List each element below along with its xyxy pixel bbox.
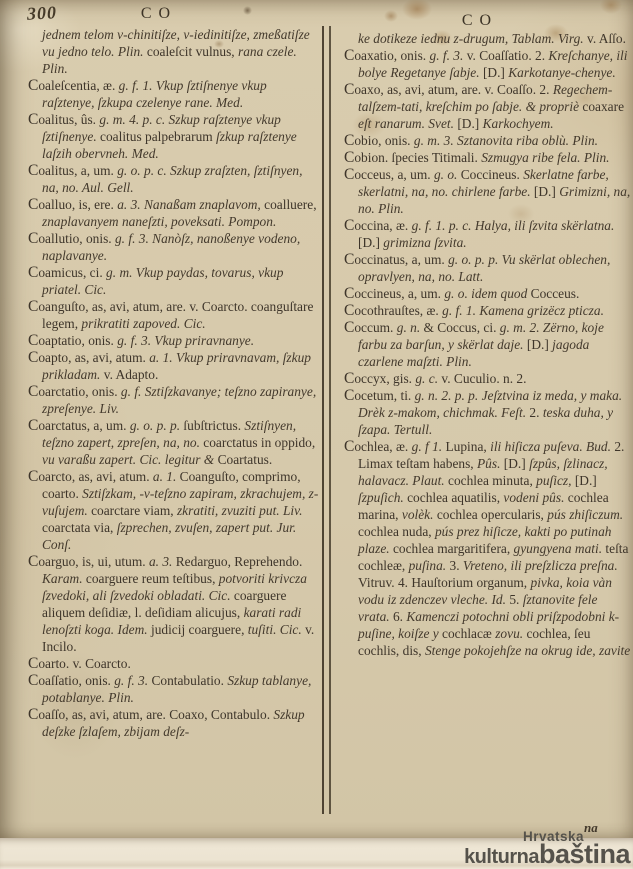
latin-roman-text: v. Coaſſatio. 2. <box>467 48 549 63</box>
dictionary-entry: Coarctatio, onis. g. f. Sztiſzkavanye; t… <box>28 383 320 417</box>
dictionary-entry: Coccinatus, a, um. g. o. p. p. Vu skërla… <box>344 251 631 285</box>
latin-roman-text: Cobion. ſpecies Titimali. <box>344 150 481 165</box>
latin-roman-text: Cocothrauſtes, æ. <box>344 303 442 318</box>
column-left: jednem telom v-chinitiſze, v-iedinitiſze… <box>28 26 320 818</box>
dictionary-entry: Coalluo, is, ere. a. 3. Nanaßam znaplavo… <box>28 196 320 230</box>
dictionary-entry: Coaleſcentia, æ. g. f. 1. Vkup ſztiſneny… <box>28 77 320 111</box>
latin-roman-text: Cocceus. <box>531 286 580 301</box>
latin-roman-text: Vitruv. 4. Hauſtorium organum, <box>358 575 531 590</box>
gloss-italic-text: volèk. <box>402 507 437 522</box>
gloss-italic-text: g. f. 1. Kamena grizëcz pticza. <box>442 303 604 318</box>
latin-roman-text: cochlacæ <box>442 626 495 641</box>
latin-roman-text: & Coccus, ci. <box>424 320 500 335</box>
gloss-italic-text: Karkochyem. <box>483 116 554 131</box>
gloss-italic-text: g. m. 3. Sztanovita riba oblù. Plin. <box>414 133 598 148</box>
gloss-italic-text: a. 1. <box>153 469 180 484</box>
latin-roman-text: Lupina, <box>445 439 490 454</box>
gloss-italic-text: Vreteno, ili preſzlicza preſna. <box>463 558 618 573</box>
latin-roman-text: 6. <box>393 609 406 624</box>
dictionary-entry: Cocceus, a, um. g. o. Coccineus. Skerlat… <box>344 166 631 217</box>
gloss-italic-text: tuſiti. Cic. <box>248 622 305 637</box>
column-divider-rule <box>322 26 331 814</box>
latin-roman-text: coalluere, <box>264 197 316 212</box>
gloss-italic-text: a. 3. <box>149 554 176 569</box>
latin-roman-text: Coallutio, onis. <box>28 231 115 246</box>
dictionary-entry: Coaſſo, as, avi, atum, are. Coaxo, Conta… <box>28 706 320 740</box>
gloss-italic-text: ke dotikeze iednu z-drugum, Tablam. Virg… <box>358 31 587 46</box>
entry-continuation: jednem telom v-chinitiſze, v-iedinitiſze… <box>28 26 320 77</box>
gloss-italic-text: eſt ranarum. Svet. <box>358 116 457 131</box>
gloss-italic-text: puſicz, <box>536 473 575 488</box>
latin-roman-text: cochlea minuta, <box>448 473 536 488</box>
gloss-italic-text: ſzpuſich. <box>358 490 407 505</box>
dictionary-entry: Coaptatio, onis. g. f. 3. Vkup priravnan… <box>28 332 320 349</box>
latin-roman-text: [D.] <box>575 473 597 488</box>
dictionary-entry: Coaxo, as, avi, atum, are. v. Coaſſo. 2.… <box>344 81 631 132</box>
book-page: 300 CO CO jednem telom v-chinitiſze, v-i… <box>0 0 633 838</box>
dictionary-entry: Coanguſto, as, avi, atum, are. v. Coarct… <box>28 298 320 332</box>
gloss-italic-text: g. c. <box>415 371 441 386</box>
latin-roman-text: Coarctatus, a, um. <box>28 418 130 433</box>
latin-roman-text: Coalitus, a, um. <box>28 163 117 178</box>
latin-roman-text: coarctata via, <box>42 520 117 535</box>
gloss-italic-text: puſina. <box>409 558 450 573</box>
latin-roman-text: Coaptatio, onis. <box>28 333 117 348</box>
watermark-line2: kulturnabaština <box>464 841 630 868</box>
entry-continuation: ke dotikeze iednu z-drugum, Tablam. Virg… <box>344 30 631 47</box>
gloss-italic-text: g. o. <box>434 167 461 182</box>
latin-roman-text: [D.] <box>527 337 552 352</box>
latin-roman-text: coaxare <box>582 99 624 114</box>
gloss-italic-text: g. f. 3. <box>114 673 151 688</box>
latin-roman-text: 5. <box>509 592 522 607</box>
gloss-italic-text: znaplavanyem naneſzti, poveksati. Pompon… <box>42 214 276 229</box>
latin-roman-text: Coccyx, gis. <box>344 371 415 386</box>
running-header-right: CO <box>330 12 630 30</box>
dictionary-entry: Coallutio, onis. g. f. 3. Nanòſz, nanoße… <box>28 230 320 264</box>
latin-roman-text: Coarto. v. Coarcto. <box>28 656 131 671</box>
gloss-italic-text: zkratiti, zvuziti put. Liv. <box>177 503 302 518</box>
latin-roman-text: Coalluo, is, ere. <box>28 197 117 212</box>
latin-roman-text: Coaleſcentia, æ. <box>28 78 119 93</box>
watermark-bastina: baština <box>539 839 630 869</box>
dictionary-entry: Cobion. ſpecies Titimali. Szmugya ribe f… <box>344 149 631 166</box>
dictionary-entry: Coalitus, ûs. g. m. 4. p. c. Szkup raſzt… <box>28 111 320 162</box>
latin-roman-text: Coaſſatio, onis. <box>28 673 114 688</box>
latin-roman-text: Coaxo, as, avi, atum, are. v. Coaſſo. 2. <box>344 82 553 97</box>
gloss-italic-text: g. o. idem quod <box>444 286 530 301</box>
latin-roman-text: [D.] <box>358 235 383 250</box>
latin-roman-text: Coarctatio, onis. <box>28 384 121 399</box>
latin-roman-text: v. Adapto. <box>104 367 159 382</box>
dictionary-entry: Coarctatus, a, um. g. o. p. p. ſubſtrict… <box>28 417 320 468</box>
dictionary-entry: Coapto, as, avi, atum. a. 1. Vkup prirav… <box>28 349 320 383</box>
latin-roman-text: Redarguo, Reprehendo. <box>176 554 303 569</box>
gloss-italic-text: prikratiti zapoved. Cic. <box>81 316 205 331</box>
latin-roman-text: v. Aſſo. <box>587 31 626 46</box>
latin-roman-text: cochlea margaritifera, <box>393 541 514 556</box>
latin-roman-text: coaleſcit vulnus, <box>147 44 238 59</box>
gloss-italic-text: g. f. 3. <box>430 48 467 63</box>
gloss-italic-text: Stenge pokojehſze na okrug ide, zavite <box>425 643 630 658</box>
latin-roman-text: Coccineus. <box>461 167 523 182</box>
latin-roman-text: Coartatus. <box>218 452 273 467</box>
latin-roman-text: coarguere reum teſtibus, <box>86 571 219 586</box>
latin-roman-text: cochlea nuda, <box>358 524 435 539</box>
gloss-italic-text: vodeni pûs. <box>503 490 567 505</box>
latin-roman-text: [D.] <box>483 65 508 80</box>
gloss-italic-text: a. 3. Nanaßam znaplavom, <box>117 197 264 212</box>
latin-roman-text: Coapto, as, avi, atum. <box>28 350 149 365</box>
gloss-italic-text: Szmugya ribe fela. Plin. <box>481 150 609 165</box>
dictionary-entry: Coccyx, gis. g. c. v. Cuculio. n. 2. <box>344 370 631 387</box>
latin-roman-text: cochlea opercularis, <box>437 507 547 522</box>
gloss-italic-text: g. n. <box>397 320 424 335</box>
gloss-italic-text: Pûs. <box>477 456 504 471</box>
dictionary-entry: Coamicus, ci. g. m. Vkup paydas, tovarus… <box>28 264 320 298</box>
latin-roman-text: cochlea aquatilis, <box>407 490 503 505</box>
watermark-kulturna: kulturna <box>464 846 539 868</box>
gloss-italic-text: Karam. <box>42 571 86 586</box>
gloss-italic-text: g. o. p. p. <box>130 418 184 433</box>
latin-roman-text: v. Cuculio. n. 2. <box>441 371 526 386</box>
latin-roman-text: Coccineus, a, um. <box>344 286 444 301</box>
latin-roman-text: [D.] <box>534 184 559 199</box>
latin-roman-text: Cochlea, æ. <box>344 439 412 454</box>
running-header-left: CO <box>0 5 318 23</box>
scanned-page: 300 CO CO jednem telom v-chinitiſze, v-i… <box>0 0 633 869</box>
dictionary-entry: Coaſſatio, onis. g. f. 3. Contabulatio. … <box>28 672 320 706</box>
gloss-italic-text: gyungyena mati. <box>514 541 606 556</box>
latin-roman-text: Cocceus, a, um. <box>344 167 434 182</box>
watermark: Hrvatska kulturnabaština <box>464 830 630 869</box>
latin-roman-text: 2. <box>529 405 542 420</box>
dictionary-entry: Coccina, æ. g. f. 1. p. c. Halya, ili ſz… <box>344 217 631 251</box>
latin-roman-text: Coamicus, ci. <box>28 265 106 280</box>
gloss-italic-text: ili hiſicza puſeva. Bud. <box>490 439 614 454</box>
latin-roman-text: Coarcto, as, avi, atum. <box>28 469 153 484</box>
dictionary-entry: Cocetum, ti. g. n. 2. p. p. Jeſztvina iz… <box>344 387 631 438</box>
gloss-italic-text: zovu. <box>495 626 526 641</box>
latin-roman-text: Coccinatus, a, um. <box>344 252 448 267</box>
dictionary-entry: Cochlea, æ. g. f 1. Lupina, ili hiſicza … <box>344 438 631 659</box>
dictionary-entry: Cobio, onis. g. m. 3. Sztanovita riba ob… <box>344 132 631 149</box>
latin-roman-text: coarctatus in oppido, <box>203 435 315 450</box>
latin-roman-text: ſubſtrictus. <box>183 418 244 433</box>
gloss-italic-text: g. f. 1. p. c. Halya, ili ſzvita skërlat… <box>412 218 615 233</box>
latin-roman-text: [D.] <box>504 456 529 471</box>
dictionary-entry: Coarto. v. Coarcto. <box>28 655 320 672</box>
latin-roman-text: Coalitus, ûs. <box>28 112 99 127</box>
dictionary-entry: Coccum. g. n. & Coccus, ci. g. m. 2. Zër… <box>344 319 631 370</box>
latin-roman-text: Coaxatio, onis. <box>344 48 430 63</box>
gloss-italic-text: grimizna ſzvita. <box>383 235 466 250</box>
latin-roman-text: Cocetum, ti. <box>344 388 415 403</box>
latin-roman-text: Coccina, æ. <box>344 218 412 233</box>
dictionary-entry: Coarcto, as, avi, atum. a. 1. Coanguſto,… <box>28 468 320 553</box>
dictionary-entry: Coarguo, is, ui, utum. a. 3. Redarguo, R… <box>28 553 320 655</box>
latin-roman-text: Coaſſo, as, avi, atum, are. Coaxo, Conta… <box>28 707 273 722</box>
latin-roman-text: Coccum. <box>344 320 397 335</box>
latin-roman-text: Coarguo, is, ui, utum. <box>28 554 149 569</box>
column-right: ke dotikeze iednu z-drugum, Tablam. Virg… <box>344 30 631 822</box>
dictionary-entry: Coccineus, a, um. g. o. idem quod Cocceu… <box>344 285 631 302</box>
dictionary-entry: Cocothrauſtes, æ. g. f. 1. Kamena grizëc… <box>344 302 631 319</box>
latin-roman-text: Cobio, onis. <box>344 133 414 148</box>
latin-roman-text: [D.] <box>457 116 482 131</box>
latin-roman-text: coarctare viam, <box>91 503 177 518</box>
latin-roman-text: coalitus palpebrarum <box>100 129 216 144</box>
latin-roman-text: judicij coarguere, <box>151 622 248 637</box>
gloss-italic-text: pús zhiſiczum. <box>547 507 623 522</box>
latin-roman-text: 3. <box>450 558 463 573</box>
gloss-italic-text: g. f 1. <box>412 439 446 454</box>
gloss-italic-text: g. f. 3. Vkup priravnanye. <box>117 333 254 348</box>
latin-roman-text: Contabulatio. <box>151 673 227 688</box>
dictionary-entry: Coaxatio, onis. g. f. 3. v. Coaſſatio. 2… <box>344 47 631 81</box>
gloss-italic-text: vu varaßu zapert. Cic. legitur & <box>42 452 218 467</box>
gloss-italic-text: Karkotanye-chenye. <box>508 65 615 80</box>
dictionary-entry: Coalitus, a, um. g. o. p. c. Szkup zraſz… <box>28 162 320 196</box>
